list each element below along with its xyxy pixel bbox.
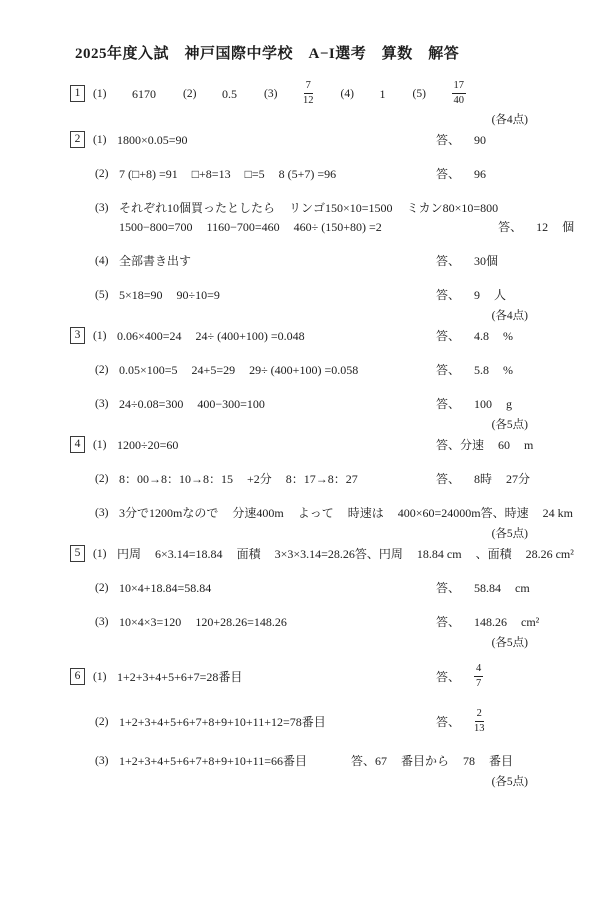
answer-value: 人 [494,287,506,303]
work-segment: 24÷0.08=300 [119,396,183,412]
work-area: 10×4+18.84=58.84 [119,580,211,596]
work-area: 8：00→8：10→8：15+2分8：17→8：27 [119,471,358,487]
work-line: 1500−800=7001160−700=460460÷ (150+80) =2 [119,219,498,235]
work-segment: 1+2+3+4+5+6+7=28番目 [117,669,242,685]
answer-item: (2)0.5 [183,86,237,102]
answer-label: 答、 [436,669,460,685]
part-label: (1) [93,328,117,344]
work-segment: 3×3×3.14=28.26 [275,546,355,562]
work-segment: 8：00→8：10→8：15 [119,471,233,487]
answer-label: 答、 [436,580,460,596]
answer-label: 答、 [436,132,460,148]
answer-label: 答、時速 [481,505,529,521]
part-label: (2) [183,86,207,102]
work-segment: 1+2+3+4+5+6+7+8+9+10+11+12=78番目 [119,714,326,730]
answer-value: cm² [521,614,539,630]
problem-number-box: 2 [70,131,85,148]
problem-number-box: 3 [70,327,85,344]
answer-label: 答、 [436,396,460,412]
points-note: (各5点) [70,773,586,789]
answer-row: 5(1)円周6×3.14=18.84面積3×3×3.14=28.26答、円周18… [70,545,586,562]
problem-1: 1(1)6170(2)0.5(3)712(4)1(5)1740(各4点) [70,80,586,127]
work-line: 1200÷20=60 [117,437,178,453]
points-note: (各5点) [70,634,586,650]
work-segment: ミカン80×10=800 [407,200,499,216]
answer-row: 3(1)0.06×400=2424÷ (400+100) =0.048答、4.8… [70,327,586,344]
part-label: (2) [95,471,119,487]
work-segment: □+8=13 [192,166,231,182]
answer-item: (1)6170 [93,86,156,102]
answer-area: 答、67番目から78番目 [351,753,586,769]
part-label: (4) [95,253,119,269]
work-segment: 400−300=100 [197,396,265,412]
answer-value: 4.8 [474,328,489,344]
work-segment: 90÷10=9 [177,287,220,303]
part-label: (2) [95,362,119,378]
fraction-numerator: 4 [474,663,483,677]
fraction: 712 [303,80,314,107]
answer-row: (4)全部書き出す答、30個 [70,253,586,269]
work-segment: 7 (□+8) =91 [119,166,178,182]
work-area: 24÷0.08=300400−300=100 [119,396,265,412]
work-line: 1+2+3+4+5+6+7=28番目 [117,669,242,685]
part-label: (2) [95,714,119,730]
work-area: 3分で1200mなので分速400mよって時速は400×60=24000m [119,505,481,521]
answer-row: (3)3分で1200mなので分速400mよって時速は400×60=24000m答… [70,505,586,521]
work-segment: 1160−700=460 [207,219,280,235]
answer-value: 12 [536,219,548,235]
work-segment: 面積 [237,546,261,562]
part-label: (1) [93,132,117,148]
answer-label: 答、 [436,362,460,378]
answer-area: 答、47 [436,663,586,690]
work-segment: 6×3.14=18.84 [155,546,223,562]
fraction-numerator: 2 [475,708,484,722]
answer-area: 答、90 [436,132,586,148]
work-segment: 10×4×3=120 [119,614,181,630]
work-segment: 分速400m [232,505,283,521]
answer-label: 答、 [436,287,460,303]
answer-value: 148.26 [474,614,507,630]
work-line: 10×4+18.84=58.84 [119,580,211,596]
work-line: 1800×0.05=90 [117,132,188,148]
work-segment: 8 (5+7) =96 [279,166,337,182]
answer-label: 答、 [436,471,460,487]
answer-value: 27分 [506,471,530,487]
work-line: 1+2+3+4+5+6+7+8+9+10+11+12=78番目 [119,714,326,730]
answer-area: 答、12個 [498,219,600,235]
work-line: 3分で1200mなので分速400mよって時速は400×60=24000m [119,505,481,521]
answer-row: (2)1+2+3+4+5+6+7+8+9+10+11+12=78番目答、213 [70,708,586,735]
work-segment: 120+28.26=148.26 [195,614,287,630]
answer-area: 答、58.84cm [436,580,586,596]
part-label: (3) [95,505,119,521]
work-segment: 1800×0.05=90 [117,132,188,148]
problems-list: 1(1)6170(2)0.5(3)712(4)1(5)1740(各4点)2(1)… [70,80,586,793]
answers-row: 1(1)6170(2)0.5(3)712(4)1(5)1740 [70,80,586,107]
answer-value: 番目から [401,753,449,769]
fraction-numerator: 7 [304,80,313,94]
fraction: 213 [474,708,485,735]
answer-value: 1 [380,86,386,102]
work-segment: □=5 [245,166,265,182]
work-line: 10×4×3=120120+28.26=148.26 [119,614,287,630]
fraction-denominator: 12 [303,94,314,107]
answer-value: 58.84 [474,580,501,596]
work-line: 5×18=9090÷10=9 [119,287,220,303]
work-segment: 時速は [348,505,384,521]
part-label: (4) [341,86,365,102]
work-segment: リンゴ150×10=1500 [289,200,393,216]
fraction-denominator: 40 [454,94,465,107]
answer-row: (3)24÷0.08=300400−300=100答、100g [70,396,586,412]
work-segment: 3分で1200mなので [119,505,218,521]
answer-row: (2)8：00→8：10→8：15+2分8：17→8：27答、8時27分 [70,471,586,487]
answer-area: 答、96 [436,166,586,182]
answer-row: (2)10×4+18.84=58.84答、58.84cm [70,580,586,596]
answer-area: 答、円周18.84 cm、面積28.26 cm² [355,546,590,562]
answer-label: 答、分速 [436,437,484,453]
points-note: (各4点) [70,111,586,127]
part-label: (3) [264,86,288,102]
part-label: (3) [95,753,119,769]
work-segment: 10×4+18.84=58.84 [119,580,211,596]
work-area: それぞれ10個買ったとしたらリンゴ150×10=1500ミカン80×10=800… [119,200,498,235]
work-line: 7 (□+8) =91□+8=13□=58 (5+7) =96 [119,166,336,182]
answer-label: 答、円周 [355,546,403,562]
work-segment: 全部書き出す [119,253,191,269]
answer-value: 30個 [474,253,498,269]
problem-4: 4(1)1200÷20=60答、分速60m(2)8：00→8：10→8：15+2… [70,436,586,541]
work-segment: 円周 [117,546,141,562]
work-line: 1+2+3+4+5+6+7+8+9+10+11=66番目 [119,753,307,769]
points-note: (各5点) [70,416,586,432]
work-segment: 1+2+3+4+5+6+7+8+9+10+11=66番目 [119,753,307,769]
answer-value: 24 km [543,505,573,521]
answer-label: 答、 [436,714,460,730]
answer-value: 28.26 cm² [526,546,574,562]
work-segment: それぞれ10個買ったとしたら [119,200,275,216]
answer-item: (4)1 [341,86,386,102]
answer-item: (3)712 [264,80,314,107]
work-line: 0.05×100=524+5=2929÷ (400+100) =0.058 [119,362,358,378]
work-segment: 460÷ (150+80) =2 [294,219,382,235]
problem-number-box: 1 [70,85,85,102]
part-label: (3) [95,200,119,216]
work-segment: 24+5=29 [192,362,236,378]
answer-area: 答、30個 [436,253,586,269]
part-label: (5) [95,287,119,303]
work-area: 1+2+3+4+5+6+7+8+9+10+11+12=78番目 [119,714,326,730]
answer-label: 答、 [436,253,460,269]
problem-number-box: 4 [70,436,85,453]
answer-label: 答、 [436,614,460,630]
part-label: (3) [95,614,119,630]
answer-value: 78 [463,753,475,769]
work-line: 全部書き出す [119,253,191,269]
work-line: 8：00→8：10→8：15+2分8：17→8：27 [119,471,358,487]
work-area: 1+2+3+4+5+6+7=28番目 [117,669,242,685]
answer-row: (3)1+2+3+4+5+6+7+8+9+10+11=66番目答、67番目から7… [70,753,586,769]
work-area: 10×4×3=120120+28.26=148.26 [119,614,287,630]
answer-value: 6170 [132,86,156,102]
answer-value: 8時 [474,471,492,487]
answer-row: 6(1)1+2+3+4+5+6+7=28番目答、47 [70,663,586,690]
answer-row: (3)10×4×3=120120+28.26=148.26答、148.26cm² [70,614,586,630]
fraction-denominator: 13 [474,722,485,735]
work-area: 5×18=9090÷10=9 [119,287,220,303]
page-title: 2025年度入試 神戸国際中学校 A−I選考 算数 解答 [75,42,459,63]
answer-area: 答、4.8% [436,328,586,344]
part-label: (1) [93,546,117,562]
problem-number-box: 5 [70,545,85,562]
answer-row: 4(1)1200÷20=60答、分速60m [70,436,586,453]
work-area: 0.06×400=2424÷ (400+100) =0.048 [117,328,305,344]
part-label: (1) [93,669,117,685]
answer-value: 、面積 [476,546,512,562]
answer-value: 9 [474,287,480,303]
work-line: 24÷0.08=300400−300=100 [119,396,265,412]
work-area: 0.05×100=524+5=2929÷ (400+100) =0.058 [119,362,358,378]
work-area: 7 (□+8) =91□+8=13□=58 (5+7) =96 [119,166,336,182]
answer-value: cm [515,580,530,596]
part-label: (2) [95,580,119,596]
part-label: (3) [95,396,119,412]
answer-sheet-page: 2025年度入試 神戸国際中学校 A−I選考 算数 解答 1(1)6170(2)… [0,0,600,900]
work-segment: 29÷ (400+100) =0.058 [249,362,358,378]
answer-label: 答、 [436,328,460,344]
part-label: (1) [93,437,117,453]
answer-value: m [524,437,533,453]
answer-value: 個 [562,219,574,235]
work-line: 0.06×400=2424÷ (400+100) =0.048 [117,328,305,344]
fraction: 47 [474,663,483,690]
answer-label: 答、 [436,166,460,182]
answer-area: 答、5.8% [436,362,586,378]
work-area: 全部書き出す [119,253,191,269]
answer-area: 答、時速24 km [481,505,600,521]
work-line: それぞれ10個買ったとしたらリンゴ150×10=1500ミカン80×10=800 [119,200,498,216]
points-note: (各5点) [70,525,586,541]
answer-row: (3)それぞれ10個買ったとしたらリンゴ150×10=1500ミカン80×10=… [70,200,586,235]
work-line: 円周6×3.14=18.84面積3×3×3.14=28.26 [117,546,355,562]
work-segment: 400×60=24000m [398,505,481,521]
answer-value: 5.8 [474,362,489,378]
work-segment: 8：17→8：27 [286,471,358,487]
answer-value: % [503,328,513,344]
answer-value: 60 [498,437,510,453]
answer-value: 100 [474,396,492,412]
answer-value: g [506,396,512,412]
answer-area: 答、分速60m [436,437,586,453]
problem-2: 2(1)1800×0.05=90答、90(2)7 (□+8) =91□+8=13… [70,131,586,323]
answer-area: 答、148.26cm² [436,614,586,630]
work-segment: 24÷ (400+100) =0.048 [196,328,305,344]
answer-value: 90 [474,132,486,148]
answer-value: % [503,362,513,378]
part-label: (2) [95,166,119,182]
answer-item: (5)1740 [413,80,467,107]
work-area: 1800×0.05=90 [117,132,188,148]
work-area: 円周6×3.14=18.84面積3×3×3.14=28.26 [117,546,355,562]
problem-number-box: 6 [70,668,85,685]
part-label: (1) [93,86,117,102]
work-area: 1+2+3+4+5+6+7+8+9+10+11=66番目 [119,753,307,769]
problem-3: 3(1)0.06×400=2424÷ (400+100) =0.048答、4.8… [70,327,586,432]
answer-area: 答、8時27分 [436,471,586,487]
fraction-numerator: 17 [452,80,467,94]
work-segment: 1200÷20=60 [117,437,178,453]
answer-row: (2)0.05×100=524+5=2929÷ (400+100) =0.058… [70,362,586,378]
fraction: 1740 [452,80,467,107]
work-segment: 0.05×100=5 [119,362,178,378]
answer-area: 答、100g [436,396,586,412]
work-segment: よって [298,505,334,521]
fraction-denominator: 7 [476,677,481,690]
answer-value: 96 [474,166,486,182]
answer-label: 答、67 [351,753,387,769]
answer-value: 18.84 cm [417,546,462,562]
points-note: (各4点) [70,307,586,323]
answer-value: 0.5 [222,86,237,102]
work-segment: 1500−800=700 [119,219,193,235]
answer-area: 答、9人 [436,287,586,303]
answer-area: 答、213 [436,708,586,735]
answer-value: 番目 [489,753,513,769]
problem-5: 5(1)円周6×3.14=18.84面積3×3×3.14=28.26答、円周18… [70,545,586,650]
answer-label: 答、 [498,219,522,235]
work-segment: 0.06×400=24 [117,328,182,344]
work-segment: +2分 [247,471,272,487]
problem-6: 6(1)1+2+3+4+5+6+7=28番目答、47(2)1+2+3+4+5+6… [70,663,586,789]
answer-row: 2(1)1800×0.05=90答、90 [70,131,586,148]
part-label: (5) [413,86,437,102]
answer-row: (2)7 (□+8) =91□+8=13□=58 (5+7) =96答、96 [70,166,586,182]
work-segment: 5×18=90 [119,287,163,303]
work-area: 1200÷20=60 [117,437,178,453]
answer-row: (5)5×18=9090÷10=9答、9人 [70,287,586,303]
